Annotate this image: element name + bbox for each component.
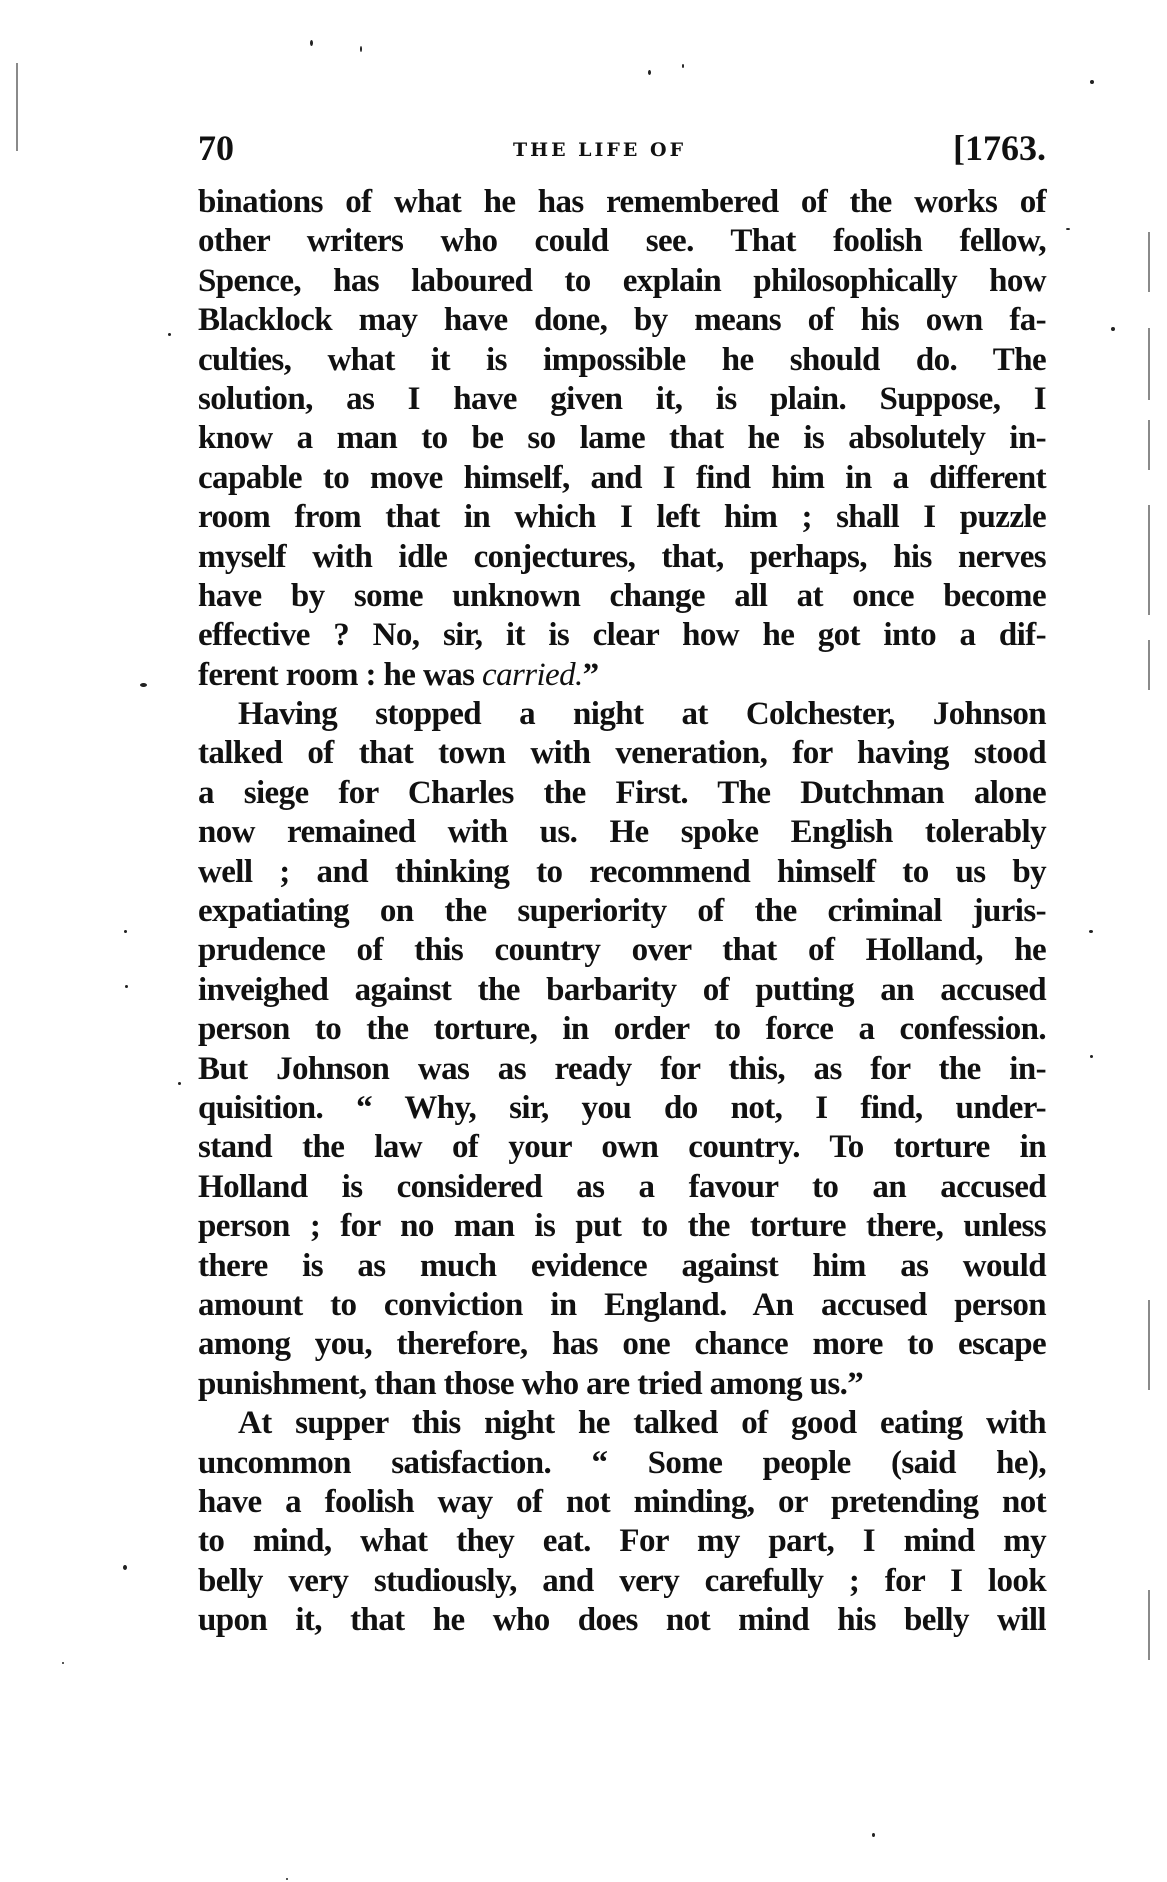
text-line-paragraph-end: ferent room : he was carried.” (198, 656, 1046, 695)
book-page: 70 THE LIFE OF [1763. binations of what … (0, 0, 1167, 1882)
running-head-title: THE LIFE OF (513, 132, 686, 168)
speck (1090, 1055, 1093, 1058)
speck (124, 930, 127, 933)
text-line: myself with idle conjectures, that, perh… (198, 538, 1046, 577)
speck (310, 40, 313, 46)
running-head-year: [1763. (953, 128, 1046, 168)
scan-edge-mark-left (16, 63, 18, 151)
text-line: binations of what he has remembered of t… (198, 183, 1046, 222)
text-line: person ; for no man is put to the tortur… (198, 1207, 1046, 1246)
speck (682, 64, 684, 68)
text-line: But Johnson was as ready for this, as fo… (198, 1050, 1046, 1089)
text-line: upon it, that he who does not mind his b… (198, 1601, 1046, 1640)
text-line: amount to conviction in England. An accu… (198, 1286, 1046, 1325)
text-line: person to the torture, in order to force… (198, 1010, 1046, 1049)
speck (123, 1565, 127, 1570)
text-line: belly very studiously, and very carefull… (198, 1562, 1046, 1601)
text-line: effective ? No, sir, it is clear how he … (198, 616, 1046, 655)
text-line: capable to move himself, and I find him … (198, 459, 1046, 498)
scan-edge-mark-right (1148, 1590, 1150, 1660)
speck (1111, 327, 1115, 331)
text-line: talked of that town with veneration, for… (198, 734, 1046, 773)
page-number: 70 (198, 128, 234, 168)
body-text: binations of what he has remembered of t… (198, 183, 1046, 1640)
scan-edge-mark-right (1148, 505, 1150, 615)
speck (62, 1662, 64, 1664)
text-line: prudence of this country over that of Ho… (198, 931, 1046, 970)
text-line: a siege for Charles the First. The Dutch… (198, 774, 1046, 813)
text-line: quisition. “ Why, sir, you do not, I fin… (198, 1089, 1046, 1128)
scan-edge-mark-right (1148, 640, 1150, 690)
italic-emphasis: carried. (482, 657, 583, 693)
scan-edge-mark-right (1148, 420, 1150, 470)
running-head: 70 THE LIFE OF [1763. (198, 128, 1046, 168)
speck (178, 1082, 181, 1085)
text-span: ferent room : he was (198, 657, 482, 693)
scan-edge-mark-right (1148, 232, 1150, 292)
text-line: stand the law of your own country. To to… (198, 1128, 1046, 1167)
text-line: expatiating on the superiority of the cr… (198, 892, 1046, 931)
text-line: Spence, has laboured to explain philosop… (198, 262, 1046, 301)
text-line: well ; and thinking to recommend himself… (198, 853, 1046, 892)
text-line: culties, what it is impossible he should… (198, 341, 1046, 380)
text-line: solution, as I have given it, is plain. … (198, 380, 1046, 419)
closing-quote: ” (583, 657, 599, 693)
speck (168, 333, 171, 336)
text-line: to mind, what they eat. For my part, I m… (198, 1522, 1046, 1561)
scan-edge-mark-right (1148, 328, 1150, 400)
speck (1089, 930, 1093, 933)
text-line: Blacklock may have done, by means of his… (198, 301, 1046, 340)
speck (360, 46, 362, 52)
text-line: have a foolish way of not minding, or pr… (198, 1483, 1046, 1522)
text-line-paragraph-start: Having stopped a night at Colchester, Jo… (198, 695, 1046, 734)
text-line: other writers who could see. That foolis… (198, 222, 1046, 261)
speck (648, 70, 651, 75)
speck (1066, 228, 1070, 230)
text-line: inveighed against the barbarity of putti… (198, 971, 1046, 1010)
speck (140, 683, 147, 687)
text-line: now remained with us. He spoke English t… (198, 813, 1046, 852)
text-line: uncommon satisfaction. “ Some people (sa… (198, 1444, 1046, 1483)
scan-edge-mark-right (1148, 1300, 1150, 1390)
text-line: there is as much evidence against him as… (198, 1247, 1046, 1286)
text-line-paragraph-start: At supper this night he talked of good e… (198, 1404, 1046, 1443)
speck (286, 1878, 288, 1880)
speck (1090, 80, 1094, 84)
text-line: know a man to be so lame that he is abso… (198, 419, 1046, 458)
speck (125, 985, 128, 988)
text-line: room from that in which I left him ; sha… (198, 498, 1046, 537)
text-line: among you, therefore, has one chance mor… (198, 1325, 1046, 1364)
text-line: have by some unknown change all at once … (198, 577, 1046, 616)
text-line-paragraph-end: punishment, than those who are tried amo… (198, 1365, 1046, 1404)
speck (872, 1833, 875, 1837)
text-line: Holland is considered as a favour to an … (198, 1168, 1046, 1207)
